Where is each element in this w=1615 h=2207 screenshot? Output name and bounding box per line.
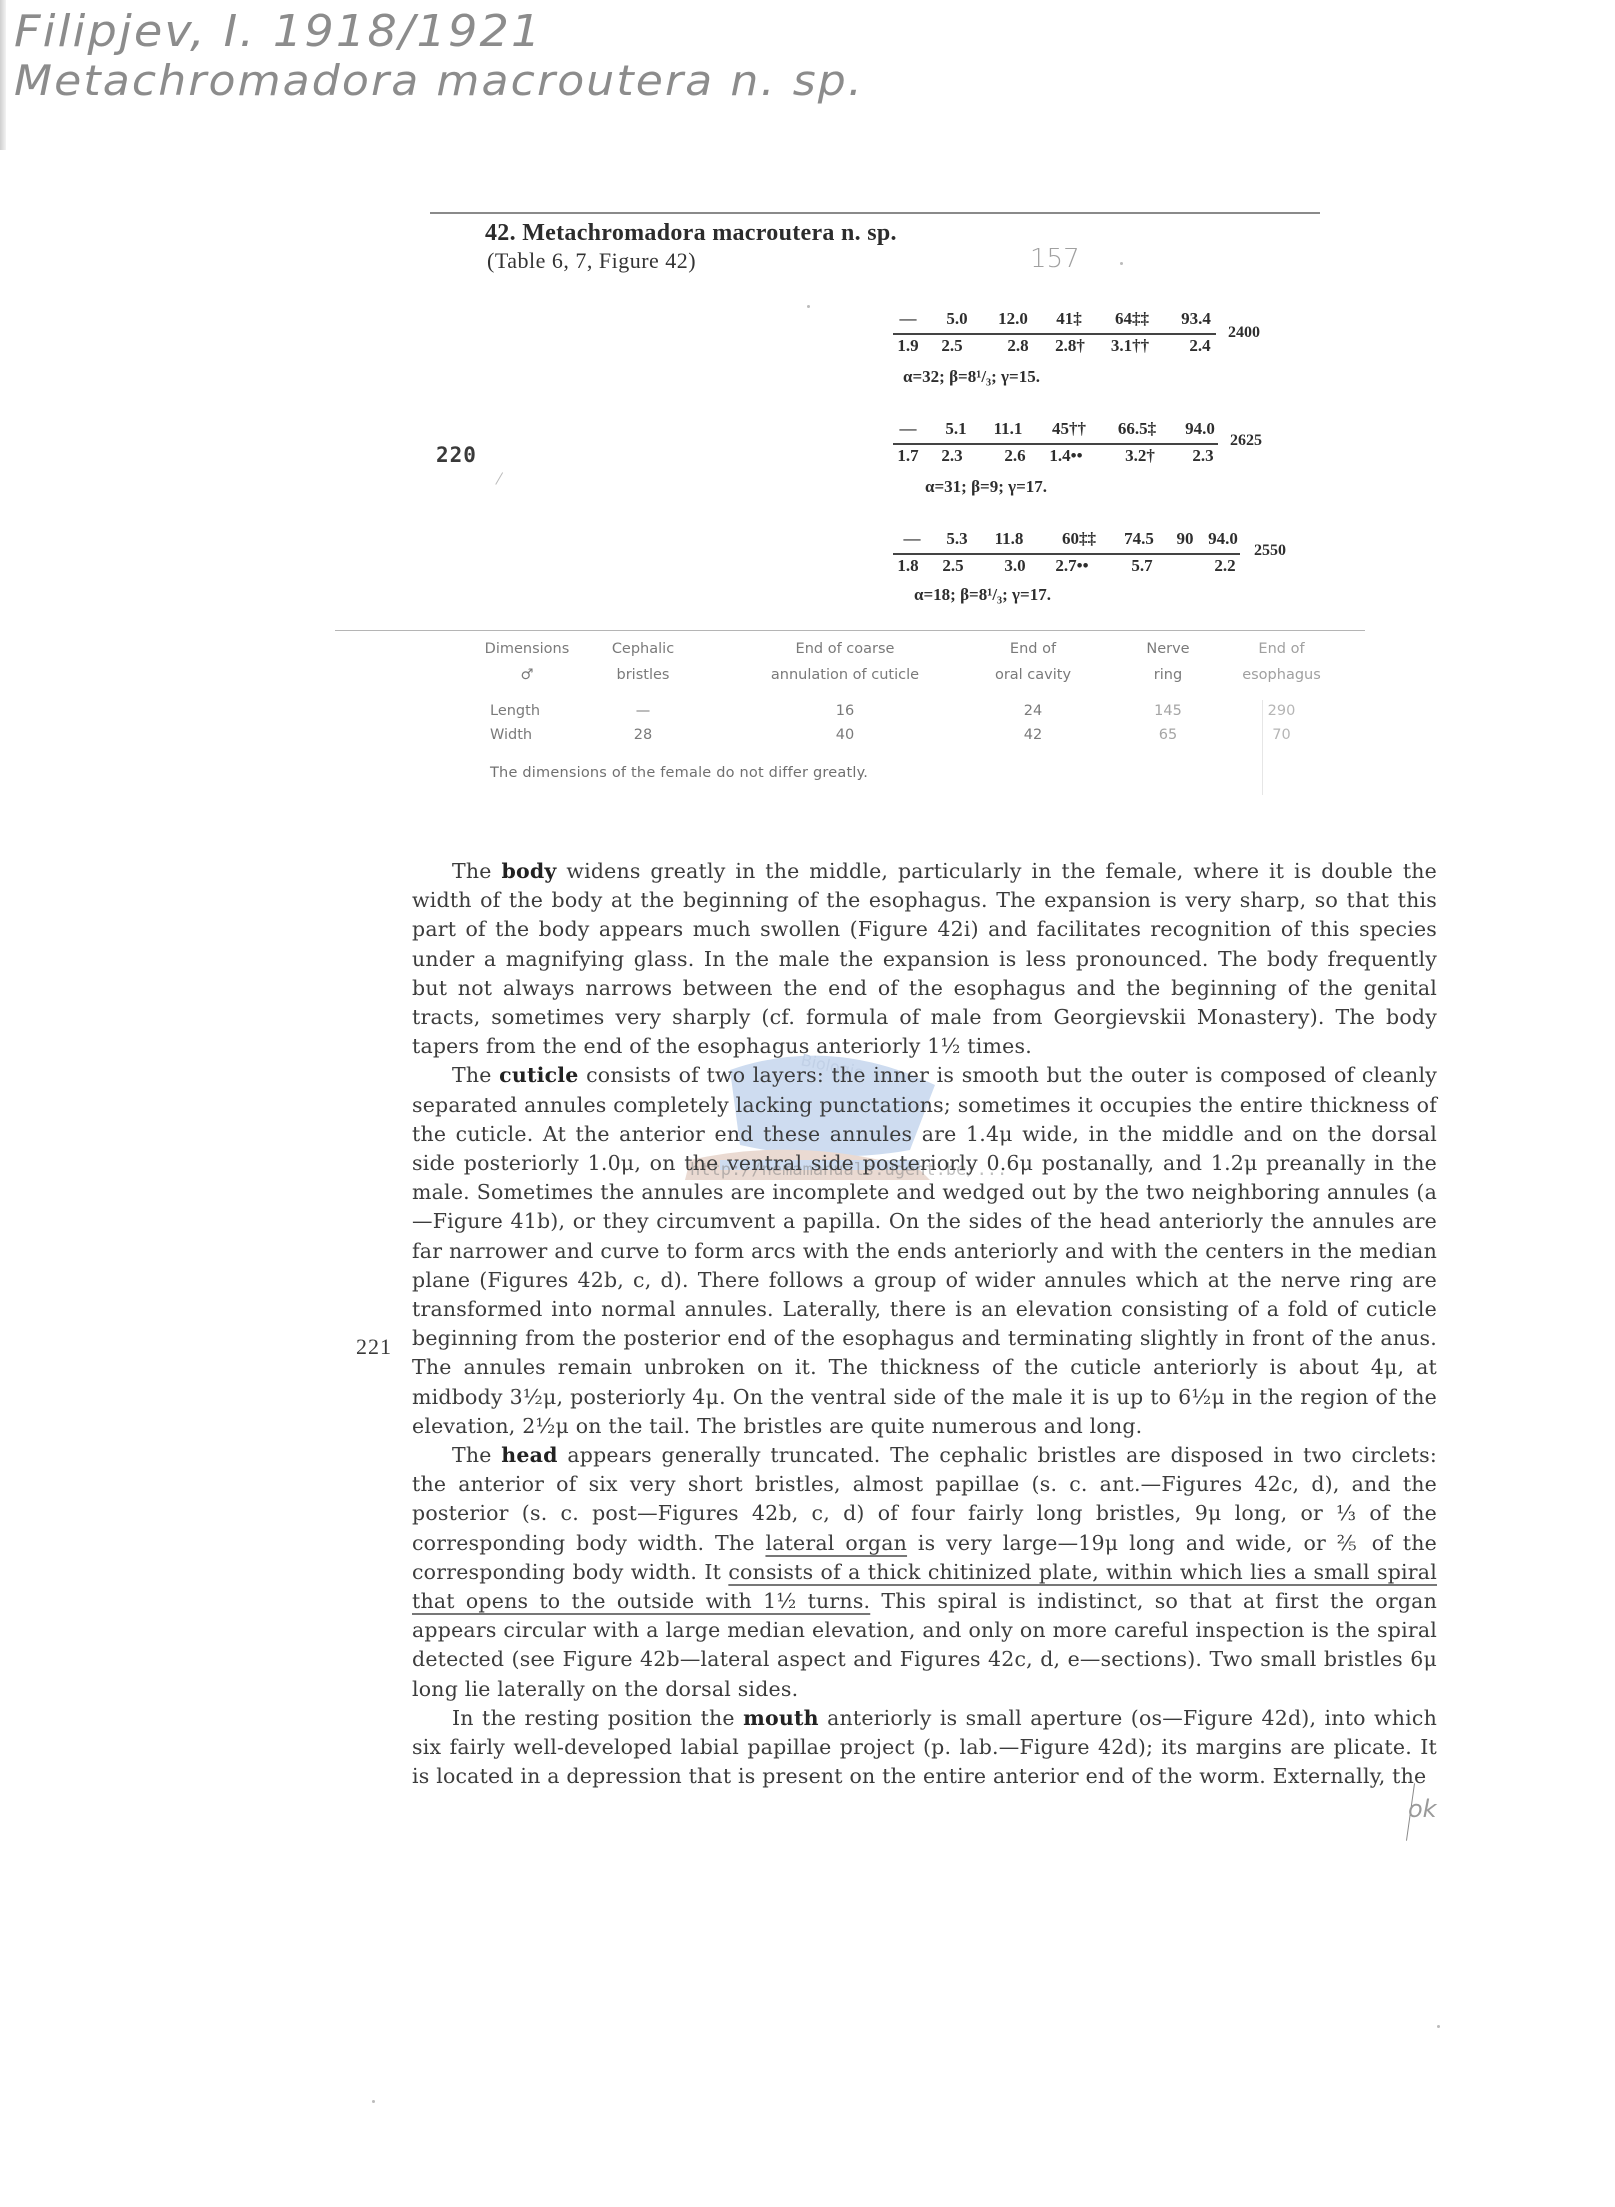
stray-mark [807,305,810,308]
formula-indices: α=31; β=9; γ=17. [925,477,1047,497]
formula-total-length: 2550 [1254,542,1286,560]
fraction-bar [893,553,1240,555]
table-cell: 65 [1133,722,1203,748]
handwritten-author-note: Filipjev, I. 1918/1921 [14,6,543,57]
paragraph-body: The body widens greatly in the middle, p… [412,857,1437,1061]
table-top-rule [335,630,1365,631]
stray-mark [1437,2025,1440,2028]
page-number-220: 220 [436,443,477,467]
formula-indices: α=18; β=8¹/₃; γ=17. [914,585,1051,605]
stray-mark [1120,262,1123,265]
scan-artifact-line [1262,700,1263,795]
handwritten-margin-note: ok [1408,1795,1437,1823]
formula-indices: α=32; β=8¹/₃; γ=15. [903,367,1040,387]
top-rule [430,212,1320,214]
table-cell: 16 [750,698,940,724]
table-cell: 70 [1234,722,1329,748]
table-header: End of oral cavity [978,636,1088,688]
paragraph-cuticle: The cuticle consists of two layers: the … [412,1061,1437,1441]
handwritten-page-number: 157 [1030,244,1080,274]
body-text: The body widens greatly in the middle, p… [412,857,1437,1792]
page-number-221: 221 [356,1334,392,1360]
table-cell: 42 [978,722,1088,748]
table-cell: 28 [598,722,688,748]
table-header: Cephalic bristles [598,636,688,688]
species-title: 42. Metachromadora macroutera n. sp. [485,220,897,247]
underlined-lateral-organ: lateral organ [765,1531,907,1555]
paragraph-mouth: In the resting position the mouth anteri… [412,1704,1437,1792]
paragraph-head: The head appears generally truncated. Th… [412,1441,1437,1704]
table-cell: 40 [750,722,940,748]
row-label-width: Width [490,722,532,748]
table-header: Nerve ring [1133,636,1203,688]
pencil-tick-mark [495,472,512,490]
fraction-bar [893,443,1218,445]
table-cell: — [598,698,688,724]
table-cell: 290 [1234,698,1329,724]
scan-edge-shadow [0,0,6,150]
table-cell: 145 [1133,698,1203,724]
formula-total-length: 2400 [1228,324,1260,342]
table-header: End of coarse annulation of cuticle [750,636,940,688]
species-reference: (Table 6, 7, Figure 42) [487,248,696,274]
table-cell: 24 [978,698,1088,724]
table-header: End of esophagus [1234,636,1329,688]
row-label-length: Length [490,698,540,724]
handwritten-species-note: Metachromadora macroutera n. sp. [14,56,864,105]
fraction-bar [893,333,1216,335]
table-header: Dimensions ♂ [482,636,572,688]
stray-mark [372,2100,375,2103]
formula-total-length: 2625 [1230,432,1262,450]
table-note: The dimensions of the female do not diff… [490,765,868,781]
